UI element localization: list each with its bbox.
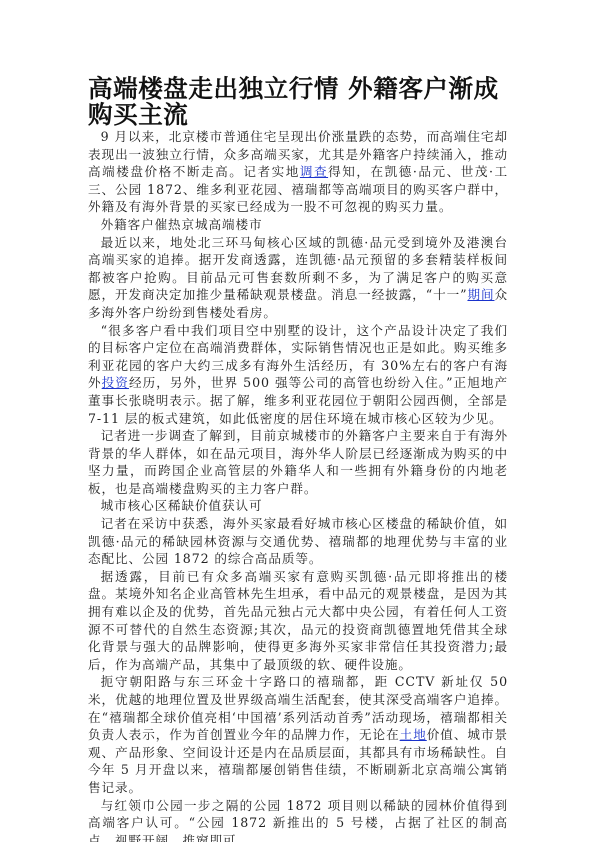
paragraph-text: 最近以来，地处北三环马甸核心区域的凯德·品元受到境外及港澳台高端买家的追捧。据开… (88, 235, 508, 303)
article-paragraph: 9 月以来，北京楼市普通住宅呈现出价涨量跌的态势，而高端住宅却表现出一波独立行情… (88, 128, 508, 216)
paragraph-text: 外籍客户催热京城高端楼市 (101, 217, 263, 232)
article-paragraph: 最近以来，地处北三环马甸核心区域的凯德·品元受到境外及港澳台高端买家的追捧。据开… (88, 234, 508, 322)
paragraph-text: 城市核心区稀缺价值获认可 (101, 498, 263, 513)
paragraph-text: 经历，另外，世界 500 强等公司的高管也纷纷入住。”正旭地产董事长张晓明表示。… (88, 375, 508, 425)
article-paragraph: 据透露，目前已有众多高端买家有意购买凯德·品元即将推出的楼盘。某境外知名企业高管… (88, 568, 508, 674)
article-paragraph: 与红领巾公园一步之隔的公园 1872 项目则以稀缺的园林价值得到高端客户认可。“… (88, 797, 508, 842)
paragraph-text: 据透露，目前已有众多高端买家有意购买凯德·品元即将推出的楼盘。某境外知名企业高管… (88, 569, 508, 672)
article-paragraph: 记者在采访中获悉，海外买家最看好城市核心区楼盘的稀缺价值，如凯德·品元的稀缺园林… (88, 515, 508, 568)
article-paragraph: 记者进一步调查了解到，目前京城楼市的外籍客户主要来自于有海外背景的华人群体，如在… (88, 427, 508, 497)
inline-keyword-link[interactable]: 投资 (102, 375, 129, 390)
inline-keyword-link[interactable]: 土地 (400, 727, 427, 742)
article-paragraph: “很多客户看中我们项目空中别墅的设计，这个产品设计决定了我们的目标客户定位在高端… (88, 322, 508, 428)
document-page: 高端楼盘走出独立行情 外籍客户渐成购买主流 9 月以来，北京楼市普通住宅呈现出价… (88, 76, 508, 842)
article-body: 9 月以来，北京楼市普通住宅呈现出价涨量跌的态势，而高端住宅却表现出一波独立行情… (88, 128, 508, 842)
inline-keyword-link[interactable]: 期间 (467, 287, 494, 302)
inline-keyword-link[interactable]: 调查 (300, 164, 328, 179)
section-subheading: 城市核心区稀缺价值获认可 (88, 497, 508, 515)
article-title: 高端楼盘走出独立行情 外籍客户渐成购买主流 (88, 76, 508, 128)
paragraph-text: 记者进一步调查了解到，目前京城楼市的外籍客户主要来自于有海外背景的华人群体，如在… (88, 428, 508, 496)
article-paragraph: 扼守朝阳路与东三环金十字路口的禧瑞都，距 CCTV 新址仅 50 米，优越的地理… (88, 673, 508, 796)
section-subheading: 外籍客户催热京城高端楼市 (88, 216, 508, 234)
paragraph-text: 与红领巾公园一步之隔的公园 1872 项目则以稀缺的园林价值得到高端客户认可。“… (88, 798, 508, 842)
paragraph-text: 记者在采访中获悉，海外买家最看好城市核心区楼盘的稀缺价值，如凯德·品元的稀缺园林… (88, 516, 508, 566)
